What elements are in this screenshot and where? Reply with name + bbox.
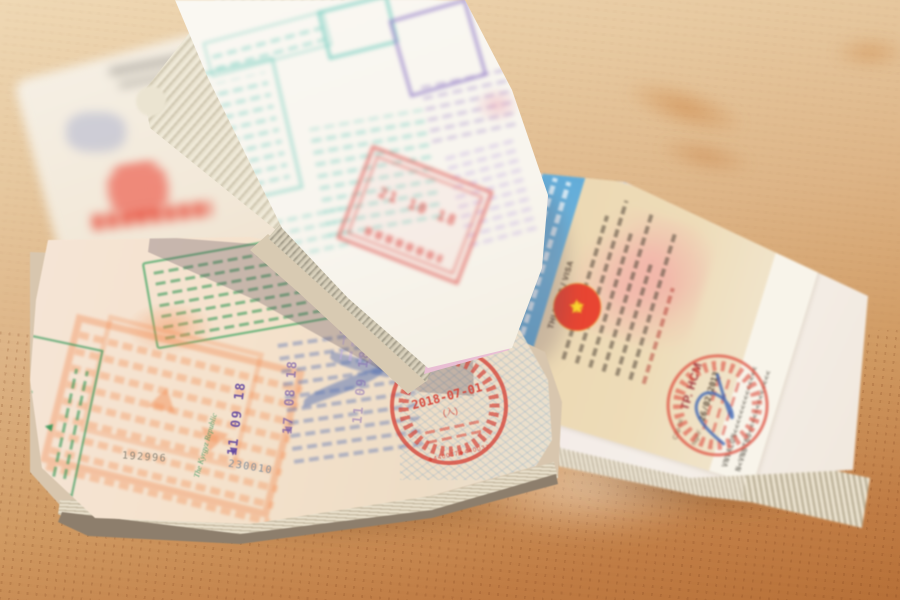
pink-ink-smudge xyxy=(468,82,526,128)
standing-passport: 21 10 18 xyxy=(0,0,900,600)
rounded-page-corner xyxy=(136,86,166,116)
teal-box-stamp xyxy=(317,0,399,60)
stamp-cluster: 21 10 18 xyxy=(0,0,900,600)
standing-page: 21 10 18 xyxy=(0,0,900,600)
photo-passports-on-table: THỊ THỰC / VISA ★ Cấp tại: TP. HCM Ngày: xyxy=(0,0,900,600)
